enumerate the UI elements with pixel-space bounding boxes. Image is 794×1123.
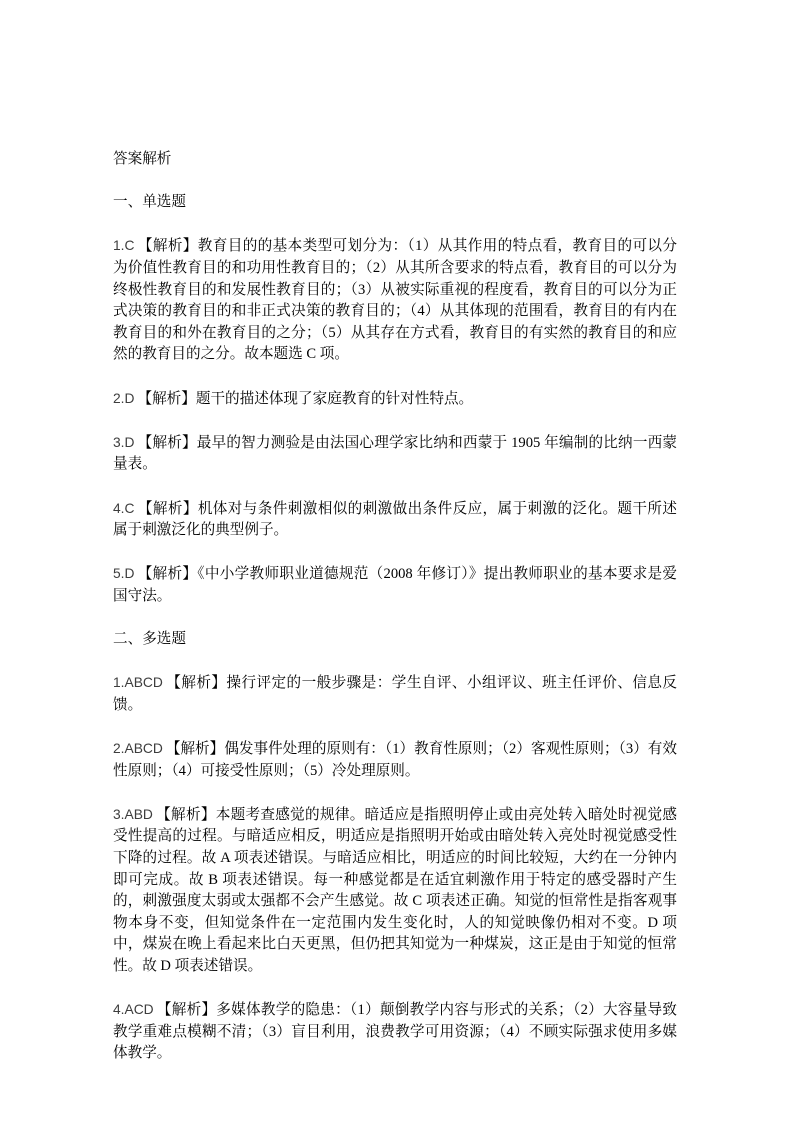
answer-text: 【解析】操行评定的一般步骤是：学生自评、小组评议、班主任评价、信息反馈。	[113, 675, 677, 713]
document-page: 答案解析 一、单选题 1.C【解析】教育目的的基本类型可划分为：（1）从其作用的…	[0, 0, 794, 1123]
answer-item: 4.ACD【解析】多媒体教学的隐患：（1）颠倒教学内容与形式的关系；（2）大容量…	[113, 999, 677, 1065]
answer-item: 5.D【解析】《中小学教师职业道德规范（2008 年修订）》提出教师职业的基本要…	[113, 563, 677, 607]
answer-item: 4.C【解析】机体对与条件刺激相似的刺激做出条件反应，属于刺激的泛化。题干所述属…	[113, 498, 677, 542]
answer-text: 【解析】偶发事件处理的原则有：（1）教育性原则；（2）客观性原则；（3）有效性原…	[113, 741, 677, 779]
answer-item: 2.ABCD【解析】偶发事件处理的原则有：（1）教育性原则；（2）客观性原则；（…	[113, 738, 677, 782]
answer-label: 1.ABCD	[113, 675, 163, 690]
answer-label: 3.D	[113, 435, 134, 450]
section-heading-single-choice: 一、单选题	[113, 192, 677, 214]
answer-label: 2.ABCD	[113, 741, 163, 756]
answer-text: 【解析】题干的描述体现了家庭教育的针对性特点。	[137, 391, 473, 407]
answer-text: 【解析】本题考查感觉的规律。暗适应是指照明停止或由亮处转入暗处时视觉感受性提高的…	[113, 807, 677, 974]
answer-item: 1.ABCD【解析】操行评定的一般步骤是：学生自评、小组评议、班主任评价、信息反…	[113, 672, 677, 716]
answer-text: 【解析】教育目的的基本类型可划分为：（1）从其作用的特点看，教育目的可以分为价值…	[113, 238, 677, 362]
answer-label: 5.D	[113, 566, 134, 581]
answer-label: 3.ABD	[113, 807, 153, 822]
answer-label: 4.C	[113, 501, 134, 516]
answer-item: 3.ABD【解析】本题考查感觉的规律。暗适应是指照明停止或由亮处转入暗处时视觉感…	[113, 804, 677, 978]
document-title: 答案解析	[113, 149, 677, 171]
answer-label: 4.ACD	[113, 1002, 154, 1017]
answer-text: 【解析】《中小学教师职业道德规范（2008 年修订）》提出教师职业的基本要求是爱…	[113, 566, 677, 604]
answer-item: 3.D【解析】最早的智力测验是由法国心理学家比纳和西蒙于 1905 年编制的比纳…	[113, 432, 677, 476]
section-heading-multi-choice: 二、多选题	[113, 629, 677, 651]
answer-label: 1.C	[113, 238, 134, 253]
answer-item: 1.C【解析】教育目的的基本类型可划分为：（1）从其作用的特点看，教育目的可以分…	[113, 235, 677, 366]
answer-text: 【解析】机体对与条件刺激相似的刺激做出条件反应，属于刺激的泛化。题干所述属于刺激…	[113, 501, 677, 539]
answer-text: 【解析】最早的智力测验是由法国心理学家比纳和西蒙于 1905 年编制的比纳一西蒙…	[113, 435, 677, 473]
answer-item: 2.D【解析】题干的描述体现了家庭教育的针对性特点。	[113, 388, 677, 411]
answer-text: 【解析】多媒体教学的隐患：（1）颠倒教学内容与形式的关系；（2）大容量导致教学重…	[113, 1002, 677, 1061]
answer-label: 2.D	[113, 391, 134, 406]
